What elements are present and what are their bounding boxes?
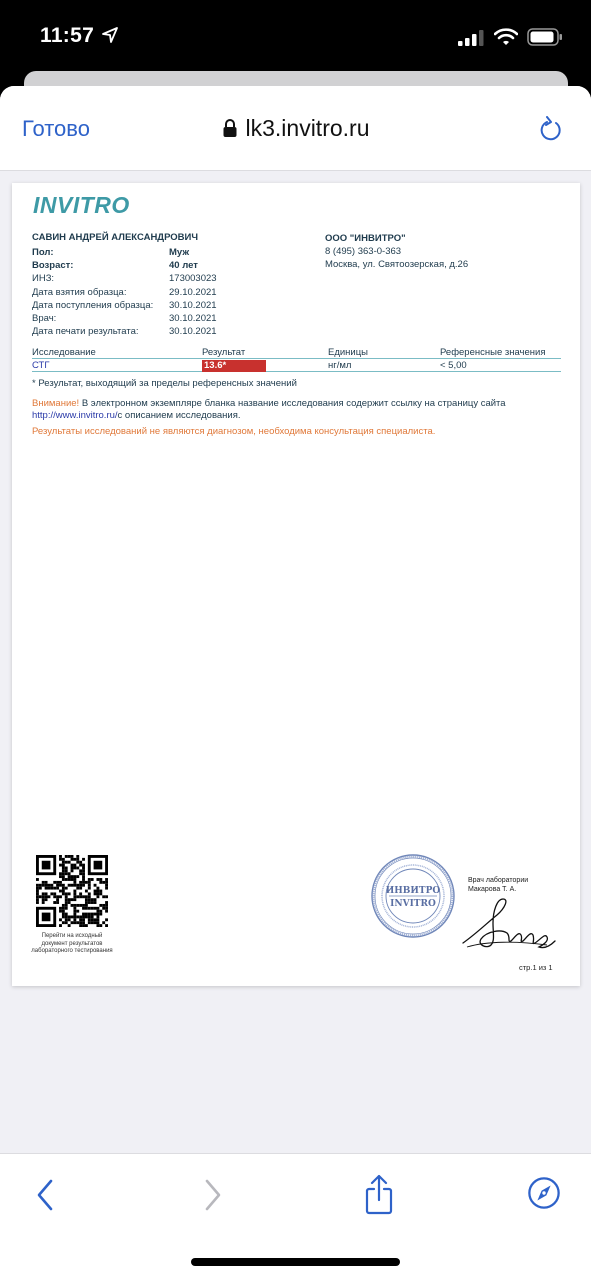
info-row-sample-date: Дата взятия образца: 29.10.2021 (32, 286, 217, 299)
share-button[interactable] (362, 1172, 396, 1216)
doctor-title: Врач лаборатории (468, 876, 528, 885)
chevron-left-icon (35, 1178, 55, 1212)
info-row-doctor: Врач: 30.10.2021 (32, 312, 217, 325)
disclaimer: Результаты исследований не являются диаг… (32, 426, 435, 437)
patient-name: САВИН АНДРЕЙ АЛЕКСАНДРОВИЧ (32, 232, 217, 243)
url-bar[interactable]: lk3.invitro.ru (0, 115, 591, 142)
svg-text:INVITRO: INVITRO (390, 899, 436, 909)
results-table: Исследование Результат Единицы Референсн… (32, 346, 561, 372)
doctor-info: Врач лаборатории Макарова Т. А. (468, 876, 528, 894)
patient-info: САВИН АНДРЕЙ АЛЕКСАНДРОВИЧ Пол: Муж Возр… (32, 232, 217, 338)
open-in-safari-button[interactable] (527, 1174, 561, 1212)
status-time: 11:57 (40, 24, 94, 48)
test-name-link[interactable]: СТГ (32, 359, 202, 371)
status-bar: 11:57 (0, 0, 591, 72)
browser-navbar: Готово lk3.invitro.ru (0, 86, 591, 171)
info-row-print-date: Дата печати результата: 30.10.2021 (32, 325, 217, 338)
lab-address: Москва, ул. Святоозерская, д.26 (325, 258, 468, 271)
lab-phone: 8 (495) 363-0-363 (325, 245, 468, 258)
home-indicator (191, 1258, 400, 1266)
pdf-page: INVITRO САВИН АНДРЕЙ АЛЕКСАНДРОВИЧ Пол: … (12, 183, 580, 986)
browser-sheet: Готово lk3.invitro.ru INVITRO САВИН АНДР… (0, 86, 591, 1280)
forward-button[interactable] (196, 1176, 230, 1214)
info-row-sex: Пол: Муж (32, 246, 217, 259)
invitro-link[interactable]: http://www.invitro.ru/ (32, 410, 118, 421)
result-units: нг/мл (328, 359, 440, 371)
share-icon (364, 1173, 394, 1215)
lab-info: ООО "ИНВИТРО" 8 (495) 363-0-363 Москва, … (325, 232, 468, 271)
cellular-signal-icon (458, 30, 484, 46)
wifi-icon (494, 28, 518, 46)
lab-stamp: ИНВИТРО INVITRO (370, 853, 456, 939)
info-row-age: Возраст: 40 лет (32, 259, 217, 272)
qr-code[interactable] (36, 855, 108, 927)
reload-icon[interactable] (538, 116, 564, 144)
battery-icon (527, 28, 563, 46)
page-number: стр.1 из 1 (519, 963, 553, 972)
compass-icon (527, 1175, 561, 1211)
doctor-signature (457, 893, 557, 953)
notice: Внимание! В электронном экземпляре бланк… (32, 398, 562, 421)
location-arrow-icon (101, 26, 119, 44)
table-row: СТГ 13.6* нг/мл < 5,00 (32, 359, 561, 372)
results-header: Исследование Результат Единицы Референсн… (32, 346, 561, 359)
qr-caption: Перейти на исходный документ результатов… (30, 933, 114, 956)
result-reference: < 5,00 (440, 359, 561, 371)
lab-name: ООО "ИНВИТРО" (325, 232, 468, 245)
info-row-received-date: Дата поступления образца: 30.10.2021 (32, 299, 217, 312)
chevron-right-icon (203, 1178, 223, 1212)
invitro-logo: INVITRO (33, 192, 130, 219)
lock-icon (222, 118, 238, 138)
notice-warning: Внимание! (32, 398, 79, 409)
url-text: lk3.invitro.ru (246, 115, 370, 141)
footnote: * Результат, выходящий за пределы рефере… (32, 378, 297, 389)
svg-text:ИНВИТРО: ИНВИТРО (386, 886, 441, 896)
pdf-viewer[interactable]: INVITRO САВИН АНДРЕЙ АЛЕКСАНДРОВИЧ Пол: … (0, 171, 591, 1151)
info-row-inz: ИНЗ: 173003023 (32, 272, 217, 285)
result-value-flagged: 13.6* (202, 360, 266, 372)
back-button[interactable] (28, 1176, 62, 1214)
